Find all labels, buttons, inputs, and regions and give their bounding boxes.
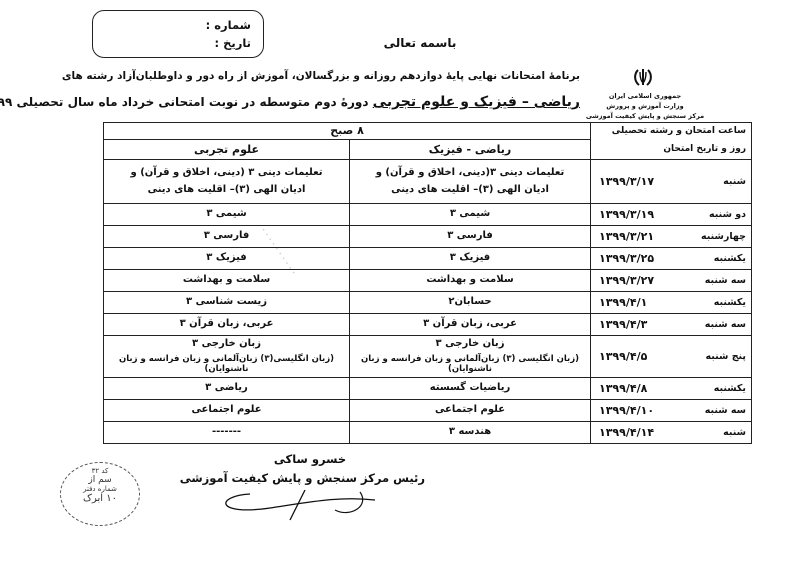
day-name: یکشنبه — [714, 253, 746, 265]
corner-header-top: ساعت امتحان و رشته تحصیلی — [612, 126, 746, 137]
day-name: سه شنبه — [705, 319, 746, 331]
stamp-line-4: ۱۰ ابرک — [61, 493, 139, 505]
subject-subline: ادیان الهی (۳)– اقلیت های دینی — [108, 184, 345, 197]
experimental-subject: عربی، زبان قرآن ۳ — [104, 314, 350, 336]
title-fields: ریاضی – فیزیک و علوم تجربی — [373, 94, 580, 110]
date-label: تاریخ : — [215, 36, 251, 50]
subject-line: تعلیمات دینی ۳(دینی، اخلاق و قرآن) و — [354, 167, 586, 180]
subject-subline: (زبان انگلیسی(۳) زبان‌آلمانی و زبان فران… — [108, 354, 345, 375]
corner-header: ساعت امتحان و رشته تحصیلی روز و تاریخ ام… — [591, 123, 752, 160]
math-physics-subject: علوم اجتماعی — [350, 400, 591, 422]
experimental-subject: تعلیمات دینی ۳ (دینی، اخلاق و قرآن) وادی… — [104, 160, 350, 204]
table-row: شنبه۱۳۹۹/۳/۱۷ تعلیمات دینی ۳(دینی، اخلاق… — [104, 160, 752, 204]
math-physics-subject: تعلیمات دینی ۳(دینی، اخلاق و قرآن) وادیا… — [350, 160, 591, 204]
math-physics-subject: فارسی ۳ — [350, 226, 591, 248]
subject-line: زبان خارجی ۳ — [354, 338, 586, 351]
title-period: دورۀ دوم متوسطه در نوبت امتحانی خرداد ما… — [0, 95, 373, 109]
table-row: پنج شنبه۱۳۹۹/۴/۵ زبان خارجی ۳(زبان انگلی… — [104, 336, 752, 378]
exam-date: ۱۳۹۹/۳/۱۹ — [599, 208, 654, 222]
stamp-line-2: سم از — [61, 475, 139, 485]
title-line-2: ریاضی – فیزیک و علوم تجربی دورۀ دوم متوس… — [110, 94, 580, 110]
table-row: دو شنبه۱۳۹۹/۳/۱۹ شیمی ۳ شیمی ۳ — [104, 204, 752, 226]
exam-date: ۱۳۹۹/۴/۸ — [599, 382, 647, 396]
number-label: شماره : — [206, 18, 251, 32]
exam-date: ۱۳۹۹/۴/۱۴ — [599, 426, 654, 440]
experimental-subject: ریاضی ۳ — [104, 378, 350, 400]
table-row: یکشنبه۱۳۹۹/۴/۸ ریاضیات گسسته ریاضی ۳ — [104, 378, 752, 400]
emblem — [608, 66, 678, 88]
math-physics-subject: عربی، زبان قرآن ۳ — [350, 314, 591, 336]
exam-date: ۱۳۹۹/۳/۲۵ — [599, 252, 654, 266]
day-date-cell: یکشنبه۱۳۹۹/۴/۱ — [591, 292, 752, 314]
experimental-subject: شیمی ۳ — [104, 204, 350, 226]
math-physics-subject: حسابان۲ — [350, 292, 591, 314]
exam-date: ۱۳۹۹/۳/۲۱ — [599, 230, 654, 244]
title-line-1: برنامۀ امتحانات نهایی پایۀ دوازدهم روزان… — [110, 70, 580, 82]
day-date-cell: چهارشنبه۱۳۹۹/۳/۲۱ — [591, 226, 752, 248]
day-name: پنج شنبه — [706, 351, 746, 363]
stamp-line-1: کد ۳۲ — [61, 467, 139, 475]
day-date-cell: یکشنبه۱۳۹۹/۳/۲۵ — [591, 248, 752, 270]
day-date-cell: شنبه۱۳۹۹/۴/۱۴ — [591, 422, 752, 444]
iran-emblem-icon — [632, 66, 654, 88]
exam-schedule-table: ساعت امتحان و رشته تحصیلی روز و تاریخ ام… — [103, 122, 752, 444]
table-row: چهارشنبه۱۳۹۹/۳/۲۱ فارسی ۳ فارسی ۳ — [104, 226, 752, 248]
column-header-experimental: علوم تجربی — [104, 140, 350, 160]
org-line-2: وزارت آموزش و پرورش — [580, 102, 710, 110]
signatory-name: خسرو ساکی — [255, 452, 365, 466]
math-physics-subject: هندسه ۳ — [350, 422, 591, 444]
day-date-cell: یکشنبه۱۳۹۹/۴/۸ — [591, 378, 752, 400]
table-row: شنبه۱۳۹۹/۴/۱۴ هندسه ۳ ------- — [104, 422, 752, 444]
day-name: دو شنبه — [709, 209, 746, 221]
subject-line: زبان خارجی ۳ — [108, 338, 345, 351]
math-physics-subject: ریاضیات گسسته — [350, 378, 591, 400]
day-date-cell: دو شنبه۱۳۹۹/۳/۱۹ — [591, 204, 752, 226]
math-physics-subject: سلامت و بهداشت — [350, 270, 591, 292]
exam-date: ۱۳۹۹/۴/۱۰ — [599, 404, 654, 418]
signature-scribble-icon — [210, 486, 380, 526]
table-row: سه شنبه۱۳۹۹/۳/۲۷ سلامت و بهداشت سلامت و … — [104, 270, 752, 292]
corner-header-bottom: روز و تاریخ امتحان — [663, 144, 746, 155]
subject-line: تعلیمات دینی ۳ (دینی، اخلاق و قرآن) و — [108, 167, 345, 180]
day-name: سه شنبه — [705, 275, 746, 287]
day-name: سه شنبه — [705, 405, 746, 417]
org-line-1: جمهوری اسلامی ایران — [580, 92, 710, 100]
exam-date: ۱۳۹۹/۳/۱۷ — [599, 175, 654, 189]
day-name: یکشنبه — [714, 383, 746, 395]
exam-date: ۱۳۹۹/۴/۱ — [599, 296, 647, 310]
reference-box: شماره : تاریخ : — [92, 10, 264, 58]
experimental-subject: سلامت و بهداشت — [104, 270, 350, 292]
subject-subline: ادیان الهی (۳)– اقلیت های دینی — [354, 184, 586, 197]
day-date-cell: پنج شنبه۱۳۹۹/۴/۵ — [591, 336, 752, 378]
table-row: یکشنبه۱۳۹۹/۴/۱ حسابان۲ زیست شناسی ۳ — [104, 292, 752, 314]
experimental-subject: علوم اجتماعی — [104, 400, 350, 422]
signatory-title: رئیس مرکز سنجش و پایش کیفیت آموزشی — [195, 471, 425, 485]
table-row: سه شنبه۱۳۹۹/۴/۳ عربی، زبان قرآن ۳ عربی، … — [104, 314, 752, 336]
day-date-cell: شنبه۱۳۹۹/۳/۱۷ — [591, 160, 752, 204]
day-name: شنبه — [723, 176, 746, 188]
math-physics-subject: شیمی ۳ — [350, 204, 591, 226]
day-date-cell: سه شنبه۱۳۹۹/۴/۱۰ — [591, 400, 752, 422]
basmala: باسمه تعالی — [370, 36, 470, 50]
table-row: یکشنبه۱۳۹۹/۳/۲۵ فیزیک ۳ فیزیک ۳ — [104, 248, 752, 270]
exam-date: ۱۳۹۹/۴/۳ — [599, 318, 647, 332]
time-header: ۸ صبح — [104, 123, 591, 140]
day-name: یکشنبه — [714, 297, 746, 309]
exam-date: ۱۳۹۹/۳/۲۷ — [599, 274, 654, 288]
subject-subline: (زبان انگلیسی (۳) زبان‌آلمانی و زبان فرا… — [354, 354, 586, 375]
experimental-subject: فیزیک ۳ — [104, 248, 350, 270]
day-date-cell: سه شنبه۱۳۹۹/۳/۲۷ — [591, 270, 752, 292]
exam-date: ۱۳۹۹/۴/۵ — [599, 350, 647, 364]
math-physics-subject: زبان خارجی ۳(زبان انگلیسی (۳) زبان‌آلمان… — [350, 336, 591, 378]
day-name: شنبه — [723, 427, 746, 439]
experimental-subject: ------- — [104, 422, 350, 444]
column-header-math-physics: ریاضی - فیزیک — [350, 140, 591, 160]
official-stamp: کد ۳۲ سم از شماره دفتر ۱۰ ابرک — [60, 462, 140, 526]
table-row: سه شنبه۱۳۹۹/۴/۱۰ علوم اجتماعی علوم اجتما… — [104, 400, 752, 422]
stamp-line-3: شماره دفتر — [61, 485, 139, 493]
org-line-3: مرکز سنجش و پایش کیفیت آموزشی — [580, 112, 710, 120]
day-date-cell: سه شنبه۱۳۹۹/۴/۳ — [591, 314, 752, 336]
day-name: چهارشنبه — [701, 231, 746, 243]
experimental-subject: فارسی ۳ — [104, 226, 350, 248]
experimental-subject: زیست شناسی ۳ — [104, 292, 350, 314]
math-physics-subject: فیزیک ۳ — [350, 248, 591, 270]
experimental-subject: زبان خارجی ۳(زبان انگلیسی(۳) زبان‌آلمانی… — [104, 336, 350, 378]
